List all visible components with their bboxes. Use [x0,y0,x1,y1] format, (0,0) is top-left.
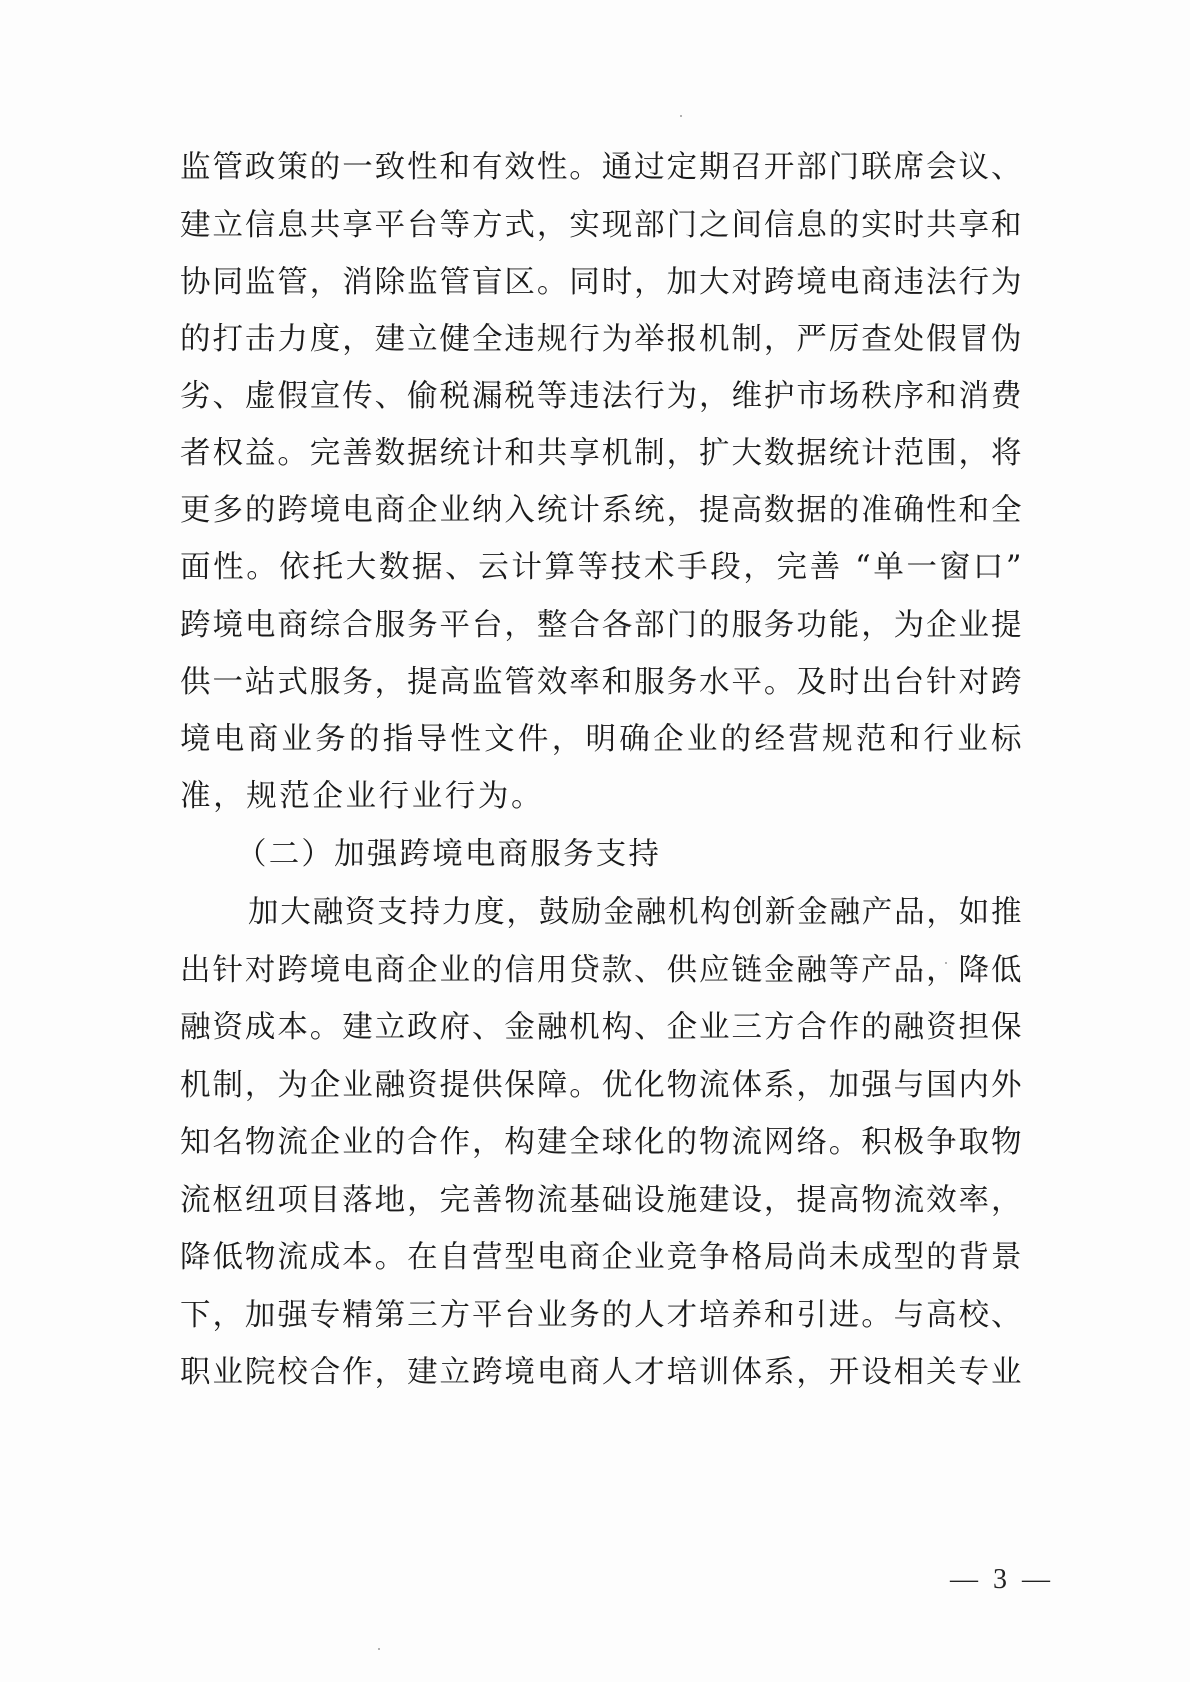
body-text-line: 境电商业务的指导性文件，明确企业的经营规范和行业标 [180,717,1022,763]
body-text-line: 知名物流企业的合作，构建全球化的物流网络。积极争取物 [180,1120,1022,1166]
body-text-line: 者权益。完善数据统计和共享机制，扩大数据统计范围，将 [180,431,1022,477]
scan-speck [945,962,947,964]
body-text-line: 融资成本。建立政府、金融机构、企业三方合作的融资担保 [180,1005,1022,1051]
body-text-line: 供一站式服务，提高监管效率和服务水平。及时出台针对跨 [180,660,1022,706]
body-text-line: 劣、虚假宣传、偷税漏税等违法行为，维护市场秩序和消费 [180,374,1022,420]
body-text-line: 加大融资支持力度，鼓励金融机构创新金融产品，如推 [248,890,1022,936]
body-text-line: 准，规范企业行业行为。 [180,774,1022,820]
body-text-line: 机制，为企业融资提供保障。优化物流体系，加强与国内外 [180,1063,1022,1109]
body-text-line: 降低物流成本。在自营型电商企业竞争格局尚未成型的背景 [180,1235,1022,1281]
document-page: 监管政策的一致性和有效性。通过定期召开部门联席会议、 建立信息共享平台等方式，实… [0,0,1190,1682]
section-heading: （二）加强跨境电商服务支持 [236,832,1010,878]
body-text-line: 更多的跨境电商企业纳入统计系统，提高数据的准确性和全 [180,488,1022,534]
body-text-line: 面性。依托大数据、云计算等技术手段，完善 “单一窗口” [180,545,1022,591]
body-text-line: 流枢纽项目落地，完善物流基础设施建设，提高物流效率， [180,1178,1022,1224]
scan-speck [378,1648,380,1650]
body-text-line: 职业院校合作，建立跨境电商人才培训体系，开设相关专业 [180,1350,1022,1396]
body-text-line: 建立信息共享平台等方式，实现部门之间信息的实时共享和 [180,203,1022,249]
scan-speck [680,115,682,117]
body-text-line: 跨境电商综合服务平台，整合各部门的服务功能，为企业提 [180,603,1022,649]
body-text-line: 监管政策的一致性和有效性。通过定期召开部门联席会议、 [180,145,1022,191]
body-text-line: 出针对跨境电商企业的信用贷款、供应链金融等产品，降低 [180,948,1022,994]
body-text-line: 下，加强专精第三方平台业务的人才培养和引进。与高校、 [180,1293,1022,1339]
body-text-line: 协同监管，消除监管盲区。同时，加大对跨境电商违法行为 [180,260,1022,306]
body-text-line: 的打击力度，建立健全违规行为举报机制，严厉查处假冒伪 [180,317,1022,363]
page-number: — 3 — [950,1564,1054,1596]
